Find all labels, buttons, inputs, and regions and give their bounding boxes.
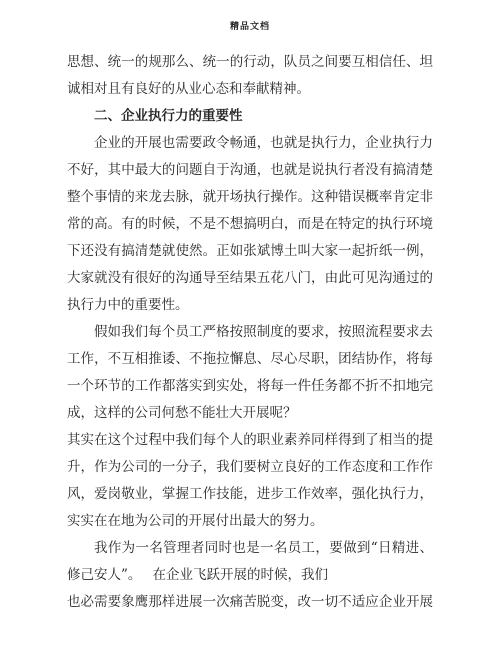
text-line: 大家就没有很好的沟通导至结果五花八门，由此可见沟通过的 [67,265,433,292]
text-line: 实实在在地为公司的开展付出最大的努力。 [67,508,433,535]
text-line: 成，这样的公司何愁不能壮大开展呢？ [67,400,433,427]
text-line: 不好，其中最大的问题自于沟通，也就是说执行者没有搞清楚 [67,157,433,184]
text-line: 修己安人”。 在企业飞跃开展的时候，我们 [67,562,433,589]
text-line: 工作，不互相推诿、不拖拉懈息、尽心尽职，团结协作，将每 [67,346,433,373]
document-header-label: 精品文档 [0,19,500,32]
section-heading: 二、企业执行力的重要性 [67,103,433,130]
text-line: 执行力中的重要性。 [67,292,433,319]
text-line: 风，爱岗敬业，掌握工作技能，进步工作效率，强化执行力， [67,481,433,508]
text-line: 企业的开展也需要政令畅通，也就是执行力，企业执行力 [67,130,433,157]
text-line: 我作为一名管理者同时也是一名员工，要做到“日精进、 [67,535,433,562]
text-line: 下还没有搞清楚就使然。正如张斌博土叫大家一起折纸一例， [67,238,433,265]
text-line: 升，作为公司的一分子，我们要树立良好的工作态度和工作作 [67,454,433,481]
document-page: 精品文档 思想、统一的规那么、统一的行动，队员之间要互相信任、坦 诚相对且有良好… [0,0,500,647]
text-line: 其实在这个过程中我们每个人的职业素养同样得到了相当的提 [67,427,433,454]
text-line: 思想、统一的规那么、统一的行动，队员之间要互相信任、坦 [67,49,433,76]
text-line: 假如我们每个员工严格按照制度的要求，按照流程要求去 [67,319,433,346]
text-line: 也必需要象鹰那样进展一次痛苦脱变，改一切不适应企业开展 [67,589,433,616]
text-line: 诚相对且有良好的从业心态和奉献精神。 [67,76,433,103]
text-line: 常的高。有的时候，不是不想搞明白，而是在特定的执行环境 [67,211,433,238]
text-line: 整个事情的来龙去脉，就开场执行操作。这种错误概率肯定非 [67,184,433,211]
text-line: 一个环节的工作都落实到实处，将每一件任务都不折不扣地完 [67,373,433,400]
document-body: 思想、统一的规那么、统一的行动，队员之间要互相信任、坦 诚相对且有良好的从业心态… [67,49,433,616]
